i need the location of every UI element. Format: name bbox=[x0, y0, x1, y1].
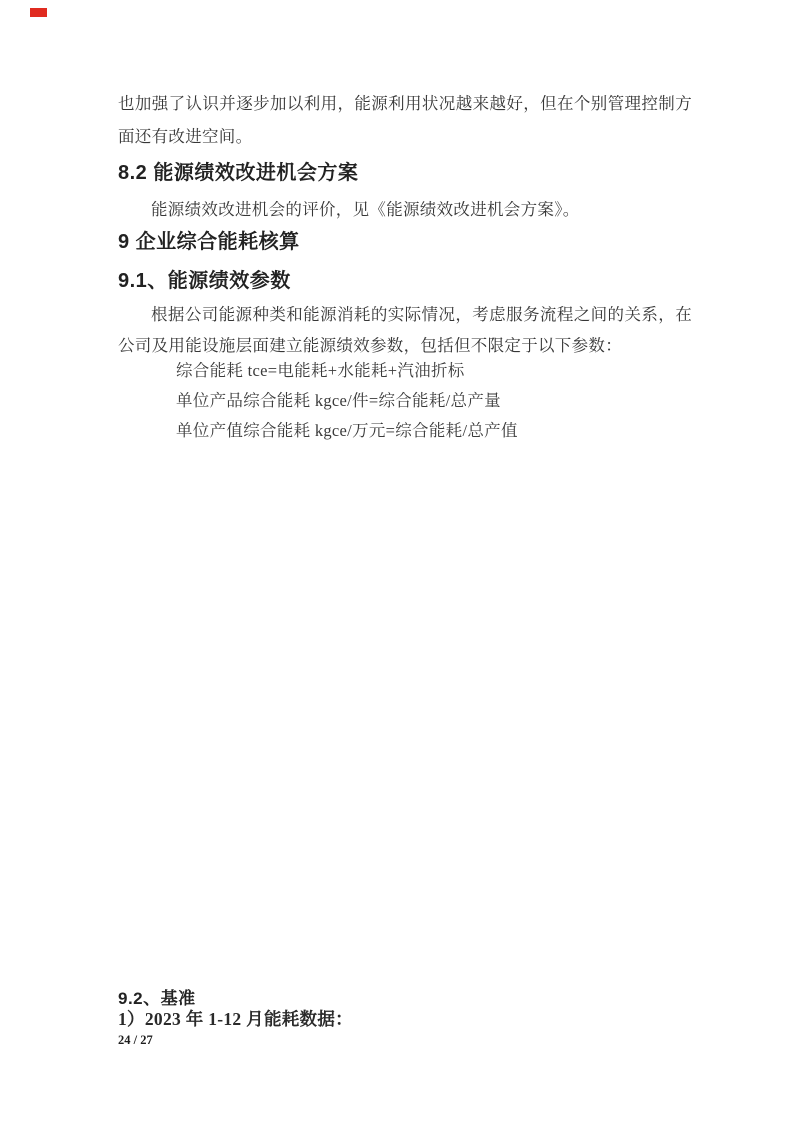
formula-total-energy: 综合能耗 tce=电能耗+水能耗+汽油折标 bbox=[176, 356, 518, 386]
paragraph-8-2: 能源绩效改进机会的评价，见《能源绩效改进机会方案》。 bbox=[118, 193, 692, 226]
formula-unit-output-energy: 单位产值综合能耗 kgce/万元=综合能耗/总产值 bbox=[176, 416, 518, 446]
list-item-2023-data: 1）2023 年 1-12 月能耗数据： bbox=[118, 1006, 353, 1031]
formula-unit-product-energy: 单位产品综合能耗 kgce/件=综合能耗/总产量 bbox=[176, 386, 518, 416]
formula-list: 综合能耗 tce=电能耗+水能耗+汽油折标 单位产品综合能耗 kgce/件=综合… bbox=[176, 356, 518, 446]
heading-9: 9 企业综合能耗核算 bbox=[118, 225, 300, 254]
heading-8-2: 8.2 能源绩效改进机会方案 bbox=[118, 156, 358, 185]
paragraph-9-1: 根据公司能源种类和能源消耗的实际情况，考虑服务流程之间的关系，在公司及用能设施层… bbox=[118, 299, 692, 361]
heading-9-1: 9.1、能源绩效参数 bbox=[118, 264, 291, 293]
red-annotation-mark bbox=[30, 8, 47, 17]
paragraph-continuation: 也加强了认识并逐步加以利用，能源利用状况越来越好，但在个别管理控制方面还有改进空… bbox=[118, 87, 692, 153]
document-page: 也加强了认识并逐步加以利用，能源利用状况越来越好，但在个别管理控制方面还有改进空… bbox=[0, 0, 800, 1130]
page-number: 24 / 27 bbox=[118, 1033, 153, 1048]
